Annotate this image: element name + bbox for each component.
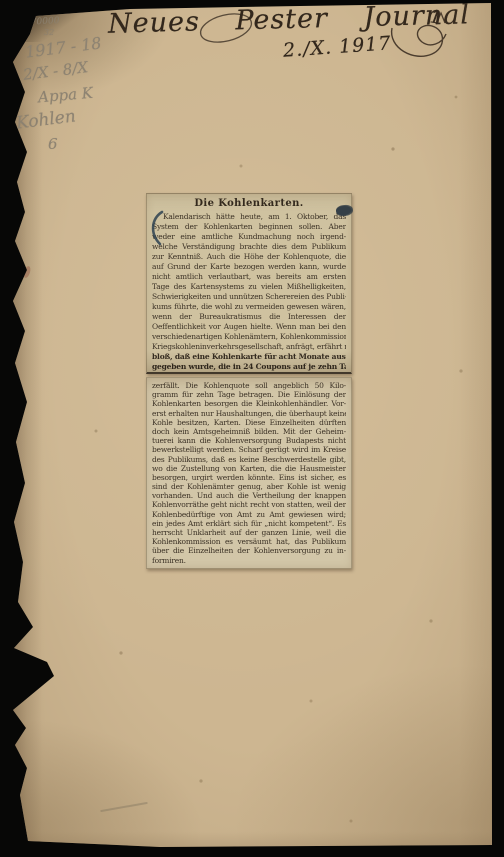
scanned-archive-page: Neues Pester Journal 1 2./X. 1917 L 7000… xyxy=(0,0,504,857)
paper-speckles xyxy=(0,0,2,2)
paper-vignette xyxy=(0,0,504,857)
archive-sheet: Neues Pester Journal 1 2./X. 1917 L 7000… xyxy=(0,0,504,857)
